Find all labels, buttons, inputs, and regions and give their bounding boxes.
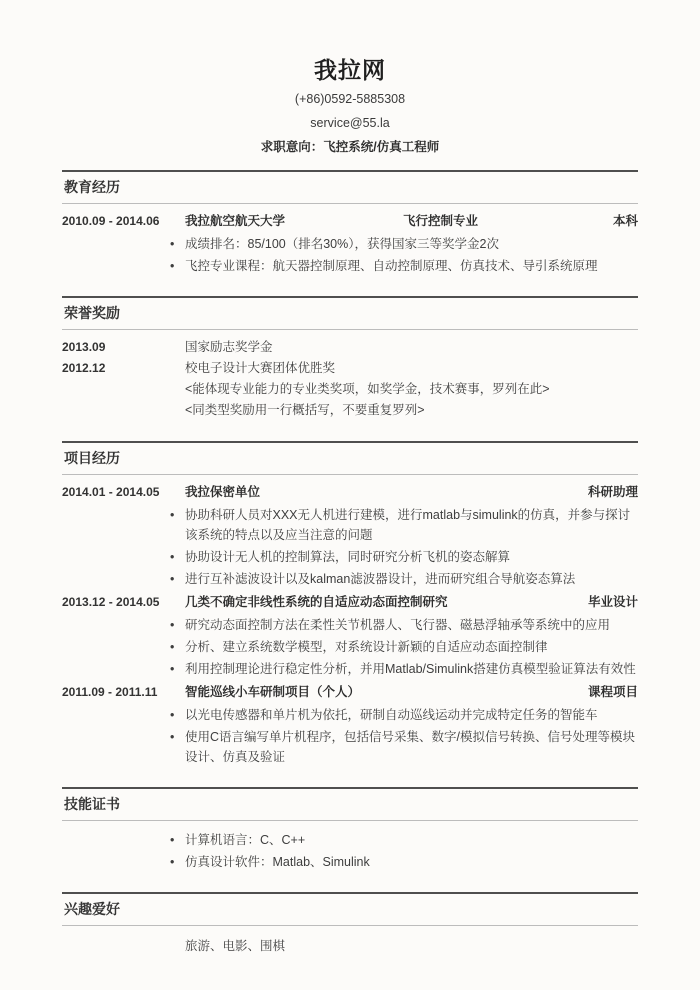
- skill-bullet: 计算机语言：C、C++: [170, 830, 638, 850]
- project-bullet: 以光电传感器和单片机为依托，研制自动巡线运动并完成特定任务的智能车: [170, 705, 638, 725]
- section-honors-header: 荣誉奖励: [62, 296, 638, 330]
- project-name: 智能巡线小车研制项目（个人）: [185, 682, 588, 703]
- project-role: 科研助理: [588, 482, 638, 503]
- honor-entry: 2013.09 国家励志奖学金: [62, 337, 638, 358]
- section-education-title: 教育经历: [64, 178, 636, 196]
- section-projects-title: 项目经历: [64, 449, 636, 467]
- project-bullet: 使用C语言编写单片机程序，包括信号采集、数字/模拟信号转换、信号处理等模块设计、…: [170, 727, 638, 767]
- honor-text: 国家励志奖学金: [185, 337, 638, 358]
- resume-page: 我拉网 (+86)0592-5885308 service@55.la 求职意向…: [0, 0, 700, 990]
- section-education-body: 2010.09 - 2014.06 我拉航空航天大学 飞行控制专业 本科 成绩排…: [62, 204, 638, 282]
- section-skills-header: 技能证书: [62, 787, 638, 821]
- section-honors-body: 2013.09 国家励志奖学金 2012.12 校电子设计大赛团体优胜奖 <能体…: [62, 330, 638, 427]
- section-skills-title: 技能证书: [64, 795, 636, 813]
- section-interests-header: 兴趣爱好: [62, 892, 638, 926]
- education-major: 飞行控制专业: [403, 211, 613, 232]
- honor-date: 2012.12: [62, 358, 185, 379]
- project-date: 2013.12 - 2014.05: [62, 592, 185, 613]
- education-entry-header: 2010.09 - 2014.06 我拉航空航天大学 飞行控制专业 本科: [62, 211, 638, 232]
- project-role: 毕业设计: [588, 592, 638, 613]
- section-skills-body: 计算机语言：C、C++ 仿真设计软件：Matlab、Simulink: [62, 821, 638, 878]
- section-honors: 荣誉奖励 2013.09 国家励志奖学金 2012.12 校电子设计大赛团体优胜…: [62, 296, 638, 427]
- project-bullet: 分析、建立系统数学模型，对系统设计新颖的自适应动态面控制律: [170, 637, 638, 657]
- project-date: 2011.09 - 2011.11: [62, 682, 185, 703]
- section-honors-title: 荣誉奖励: [64, 304, 636, 322]
- project-bullet: 协助设计无人机的控制算法，同时研究分析飞机的姿态解算: [170, 547, 638, 567]
- phone-number: (+86)0592-5885308: [0, 91, 700, 108]
- project-entry: 2013.12 - 2014.05 几类不确定非线性系统的自适应动态面控制研究 …: [62, 592, 638, 679]
- section-interests-title: 兴趣爱好: [64, 900, 636, 918]
- section-projects-header: 项目经历: [62, 441, 638, 475]
- email-address: service@55.la: [0, 115, 700, 132]
- job-objective-value: 飞控系统/仿真工程师: [323, 140, 439, 154]
- section-education-header: 教育经历: [62, 170, 638, 204]
- section-interests: 兴趣爱好 旅游、电影、围棋: [62, 892, 638, 963]
- project-role: 课程项目: [588, 682, 638, 703]
- section-projects-body: 2014.01 - 2014.05 我拉保密单位 科研助理 协助科研人员对XXX…: [62, 475, 638, 773]
- education-school: 我拉航空航天大学: [185, 211, 403, 232]
- project-name: 几类不确定非线性系统的自适应动态面控制研究: [185, 592, 588, 613]
- section-skills: 技能证书 计算机语言：C、C++ 仿真设计软件：Matlab、Simulink: [62, 787, 638, 878]
- skill-bullet: 仿真设计软件：Matlab、Simulink: [170, 852, 638, 872]
- education-degree: 本科: [613, 211, 638, 232]
- honor-note: <同类型奖励用一行概括写，不要重复罗列>: [185, 400, 638, 421]
- project-entry: 2014.01 - 2014.05 我拉保密单位 科研助理 协助科研人员对XXX…: [62, 482, 638, 589]
- project-entry-header: 2014.01 - 2014.05 我拉保密单位 科研助理: [62, 482, 638, 503]
- education-date: 2010.09 - 2014.06: [62, 211, 185, 232]
- section-education: 教育经历 2010.09 - 2014.06 我拉航空航天大学 飞行控制专业 本…: [62, 170, 638, 282]
- honor-entry: 2012.12 校电子设计大赛团体优胜奖: [62, 358, 638, 379]
- education-bullet: 成绩排名：85/100（排名30%），获得国家三等奖学金2次: [170, 234, 638, 254]
- project-date: 2014.01 - 2014.05: [62, 482, 185, 503]
- project-bullet: 利用控制理论进行稳定性分析，并用Matlab/Simulink搭建仿真模型验证算…: [170, 659, 638, 679]
- interests-text: 旅游、电影、围棋: [185, 933, 638, 957]
- section-interests-body: 旅游、电影、围棋: [62, 926, 638, 963]
- honor-text: 校电子设计大赛团体优胜奖: [185, 358, 638, 379]
- project-entry: 2011.09 - 2011.11 智能巡线小车研制项目（个人） 课程项目 以光…: [62, 682, 638, 767]
- candidate-name: 我拉网: [0, 56, 700, 84]
- project-bullet: 研究动态面控制方法在柔性关节机器人、飞行器、磁悬浮轴承等系统中的应用: [170, 615, 638, 635]
- job-objective: 求职意向：飞控系统/仿真工程师: [0, 139, 700, 156]
- project-bullet: 进行互补滤波设计以及kalman滤波器设计，进而研究组合导航姿态算法: [170, 569, 638, 589]
- resume-header: 我拉网 (+86)0592-5885308 service@55.la 求职意向…: [0, 0, 700, 156]
- job-objective-label: 求职意向：: [261, 140, 324, 154]
- project-name: 我拉保密单位: [185, 482, 588, 503]
- honor-note: <能体现专业能力的专业类奖项，如奖学金，技术赛事，罗列在此>: [185, 379, 638, 400]
- project-bullet: 协助科研人员对XXX无人机进行建模，进行matlab与simulink的仿真，并…: [170, 505, 638, 545]
- project-entry-header: 2013.12 - 2014.05 几类不确定非线性系统的自适应动态面控制研究 …: [62, 592, 638, 613]
- project-entry-header: 2011.09 - 2011.11 智能巡线小车研制项目（个人） 课程项目: [62, 682, 638, 703]
- education-bullet: 飞控专业课程：航天器控制原理、自动控制原理、仿真技术、导引系统原理: [170, 256, 638, 276]
- honor-date: 2013.09: [62, 337, 185, 358]
- section-projects: 项目经历 2014.01 - 2014.05 我拉保密单位 科研助理 协助科研人…: [62, 441, 638, 773]
